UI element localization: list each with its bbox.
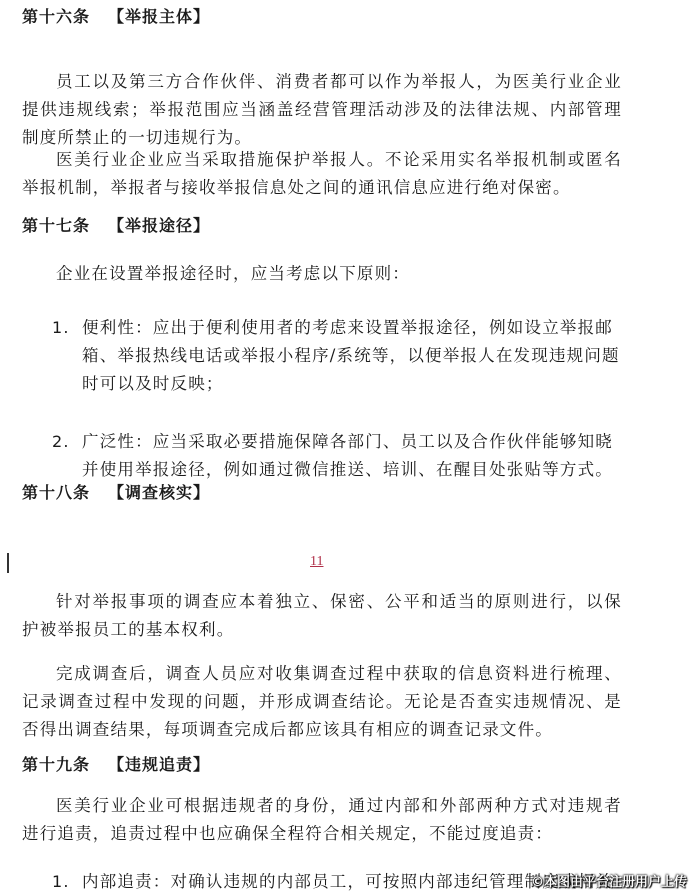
section-title: 【举报途径】 — [108, 216, 210, 235]
section-heading-19: 第十九条【违规追责】 — [22, 752, 210, 775]
paragraph: 针对举报事项的调查应本着独立、保密、公平和适当的原则进行，以保护被举报员工的基本… — [22, 588, 622, 644]
paragraph-intro: 企业在设置举报途径时，应当考虑以下原则： — [22, 260, 622, 288]
section-title: 【调查核实】 — [108, 483, 210, 502]
section-number: 第十七条 — [22, 213, 108, 236]
text-cursor — [7, 553, 9, 573]
section-heading-16: 第十六条【举报主体】 — [22, 4, 210, 27]
list-item: 1. 便利性：应出于便利使用者的考虑来设置举报途径，例如设立举报邮箱、举报热线电… — [52, 314, 622, 398]
section-number: 第十九条 — [22, 752, 108, 775]
section-title: 【违规追责】 — [108, 755, 210, 774]
paragraph: 员工以及第三方合作伙伴、消费者都可以作为举报人，为医美行业企业提供违规线索；举报… — [22, 68, 622, 152]
list-number: 1. — [52, 868, 70, 892]
watermark: ©本图由平台注册用户上传 — [531, 871, 687, 890]
list-text: 便利性：应出于便利使用者的考虑来设置举报途径，例如设立举报邮箱、举报热线电话或举… — [82, 314, 622, 398]
list-item: 2. 广泛性：应当采取必要措施保障各部门、员工以及合作伙伴能够知晓并使用举报途径… — [52, 428, 622, 484]
page-number: 11 — [310, 554, 323, 570]
section-heading-17: 第十七条【举报途径】 — [22, 213, 210, 236]
paragraph: 医美行业企业可根据违规者的身份，通过内部和外部两种方式对违规者进行追责，追责过程… — [22, 792, 622, 848]
paragraph: 完成调查后，调查人员应对收集调查过程中获取的信息资料进行梳理、记录调查过程中发现… — [22, 660, 622, 744]
section-number: 第十六条 — [22, 4, 108, 27]
list-text: 广泛性：应当采取必要措施保障各部门、员工以及合作伙伴能够知晓并使用举报途径，例如… — [82, 428, 622, 484]
section-heading-18: 第十八条【调查核实】 — [22, 480, 210, 503]
section-title: 【举报主体】 — [108, 7, 210, 26]
section-number: 第十八条 — [22, 480, 108, 503]
list-number: 2. — [52, 428, 70, 456]
list-number: 1. — [52, 314, 70, 342]
paragraph: 医美行业企业应当采取措施保护举报人。不论采用实名举报机制或匿名举报机制，举报者与… — [22, 146, 622, 202]
